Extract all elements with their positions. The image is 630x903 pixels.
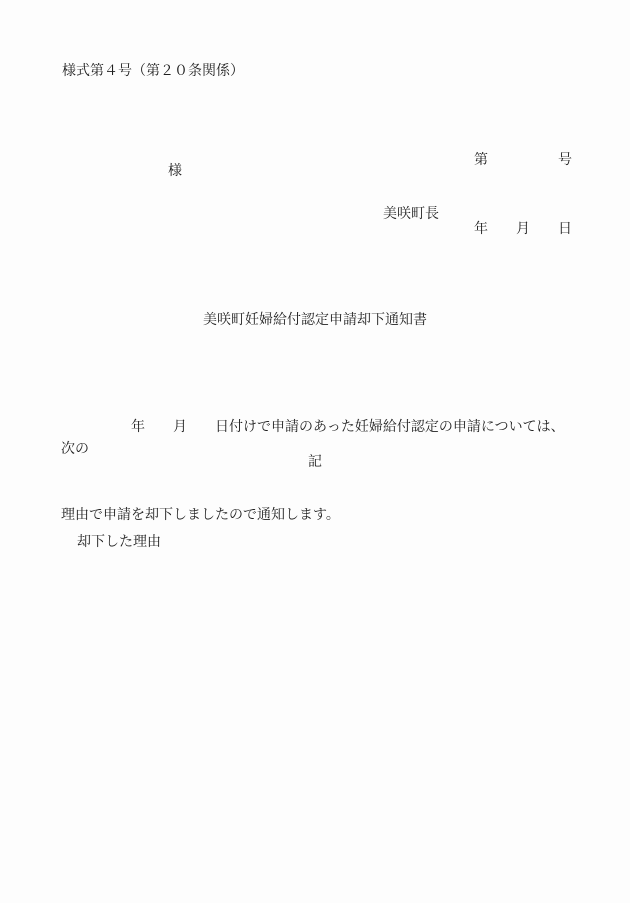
- issue-date-line: 年 月 日: [474, 218, 572, 241]
- issue-number-line: 第 号: [474, 149, 572, 172]
- rejection-reason-label: 却下した理由: [77, 535, 161, 550]
- form-number-heading: 様式第４号（第２０条関係）: [62, 64, 244, 79]
- body-line-2: 理由で申請を却下しましたので通知します。: [61, 505, 575, 527]
- sender-name: 美咲町長: [383, 207, 439, 222]
- issue-block: 第 号 年 月 日: [474, 103, 572, 287]
- document-page: 様式第４号（第２０条関係） 第 号 年 月 日 様 美咲町長 美咲町妊婦給付認定…: [0, 0, 630, 903]
- addressee-suffix: 様: [168, 164, 182, 179]
- document-title: 美咲町妊婦給付認定申請却下通知書: [0, 312, 630, 329]
- record-marker: 記: [0, 454, 630, 471]
